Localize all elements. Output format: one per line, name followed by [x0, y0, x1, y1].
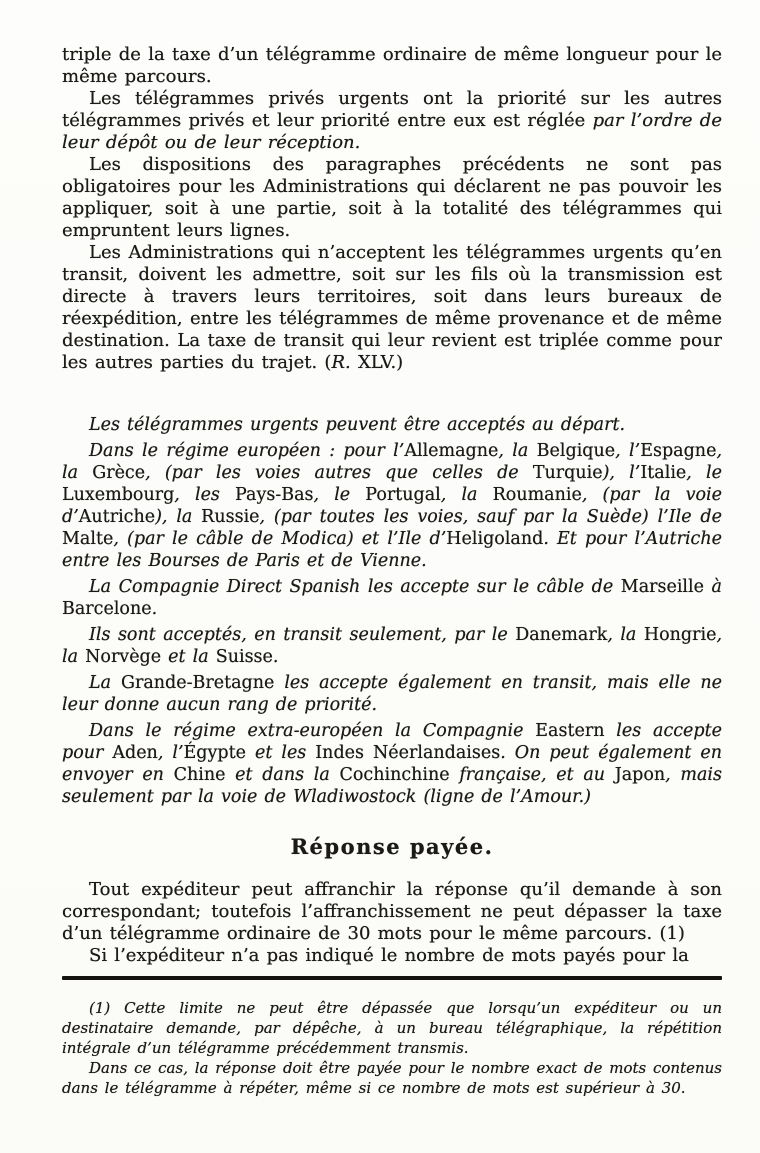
- paragraph: triple de la taxe d’un télégramme ordina…: [62, 44, 722, 88]
- paragraph: La Grande-Bretagne les accepte également…: [62, 672, 722, 716]
- text-run: ), l’: [603, 463, 641, 483]
- text-run: Ils sont acceptés, en transit seulement,…: [89, 625, 515, 645]
- text-run: Russie: [201, 507, 259, 527]
- text-run: et les: [246, 743, 315, 763]
- text-run: , la: [607, 625, 644, 645]
- text-run: R.: [331, 352, 350, 373]
- text-run: Dans le régime européen : pour l’: [89, 441, 404, 461]
- text-run: Portugal: [365, 485, 441, 505]
- text-run: Grèce: [92, 463, 145, 483]
- page-text-upper: triple de la taxe d’un télégramme ordina…: [62, 44, 722, 808]
- paragraph: Dans le régime extra-européen la Compagn…: [62, 720, 722, 808]
- vertical-spacer: [62, 374, 722, 414]
- text-run: Grande-Bretagne: [121, 673, 274, 693]
- text-run: ), la: [155, 507, 201, 527]
- text-run: (1) Cette limite ne peut être dépassée q…: [62, 999, 722, 1057]
- paragraph: Les télégrammes urgents peuvent être acc…: [62, 414, 722, 436]
- text-run: française, et au: [450, 765, 615, 785]
- text-run: , l’: [615, 441, 640, 461]
- text-run: Cochinchine: [339, 765, 449, 785]
- text-run: Dans ce cas, la réponse doit être payée …: [62, 1059, 722, 1097]
- text-run: Indes Néerlandaises: [315, 743, 500, 763]
- paragraph: Les dispositions des paragraphes précéde…: [62, 154, 722, 242]
- paragraph: Ils sont acceptés, en transit seulement,…: [62, 624, 722, 668]
- text-run: , la: [441, 485, 493, 505]
- text-run: , le: [686, 463, 722, 483]
- text-run: XLV.): [351, 352, 403, 373]
- text-run: , le: [314, 485, 366, 505]
- text-run: , (par le câble de Modica) et l’Ile d’: [113, 529, 446, 549]
- text-run: Dans le régime extra-européen la Compagn…: [89, 721, 535, 741]
- document-page: triple de la taxe d’un télégramme ordina…: [0, 0, 760, 1153]
- text-run: Chine: [174, 765, 226, 785]
- text-run: .: [152, 599, 158, 619]
- text-run: Hongrie: [644, 625, 717, 645]
- text-run: Marseille: [621, 577, 704, 597]
- text-run: Japon: [615, 765, 665, 785]
- text-run: Suisse: [216, 647, 273, 667]
- text-run: Les dispositions des paragraphes précéde…: [62, 154, 722, 241]
- section-heading: Réponse payée.: [62, 834, 722, 859]
- text-run: Pays-Bas: [235, 485, 313, 505]
- paragraph: Si l’expéditeur n’a pas indiqué le nombr…: [62, 945, 722, 967]
- paragraph: Les télégrammes privés urgents ont la pr…: [62, 88, 722, 154]
- page-text-lower: Tout expéditeur peut affranchir la répon…: [62, 879, 722, 1098]
- paragraph: (1) Cette limite ne peut être dépassée q…: [62, 998, 722, 1058]
- text-run: Barcelone: [62, 599, 152, 619]
- text-run: Autriche: [79, 507, 155, 527]
- text-run: Les télégrammes urgents peuvent être acc…: [89, 415, 625, 435]
- text-run: , la: [498, 441, 536, 461]
- paragraph: Les Administrations qui n’acceptent les …: [62, 242, 722, 374]
- paragraph: La Compagnie Direct Spanish les accepte …: [62, 576, 722, 620]
- text-run: Égypte: [184, 743, 246, 763]
- text-run: triple de la taxe d’un télégramme ordina…: [62, 44, 722, 87]
- text-run: Italie: [640, 463, 686, 483]
- text-run: Norvège: [85, 647, 161, 667]
- paragraph: Dans ce cas, la réponse doit être payée …: [62, 1058, 722, 1098]
- text-run: Heligoland: [446, 529, 543, 549]
- text-run: Aden: [112, 743, 157, 763]
- text-run: Luxembourg: [62, 485, 174, 505]
- text-run: et dans la: [226, 765, 340, 785]
- text-run: Si l’expéditeur n’a pas indiqué le nombr…: [89, 945, 689, 966]
- text-run: , (par toutes les voies, sauf par la Suè…: [260, 507, 722, 527]
- text-run: à: [704, 577, 722, 597]
- paragraph: Dans le régime européen : pour l’Allemag…: [62, 440, 722, 572]
- text-run: , les: [174, 485, 235, 505]
- text-run: La: [89, 673, 121, 693]
- text-run: Malte: [62, 529, 113, 549]
- text-run: et la: [161, 647, 216, 667]
- text-run: Roumanie: [493, 485, 582, 505]
- text-run: Turquie: [533, 463, 603, 483]
- text-run: Espagne: [640, 441, 716, 461]
- paragraph: Tout expéditeur peut affranchir la répon…: [62, 879, 722, 945]
- text-run: Belgique: [537, 441, 615, 461]
- text-run: Eastern: [535, 721, 604, 741]
- text-run: Allemagne: [404, 441, 498, 461]
- text-run: Danemark: [515, 625, 607, 645]
- text-run: .: [273, 647, 279, 667]
- text-run: , (par les voies autres que celles de: [145, 463, 533, 483]
- text-run: Tout expéditeur peut affranchir la répon…: [62, 879, 722, 944]
- text-run: , l’: [158, 743, 184, 763]
- footnote-separator-rule: [62, 976, 722, 980]
- text-run: La Compagnie Direct Spanish les accepte …: [89, 577, 621, 597]
